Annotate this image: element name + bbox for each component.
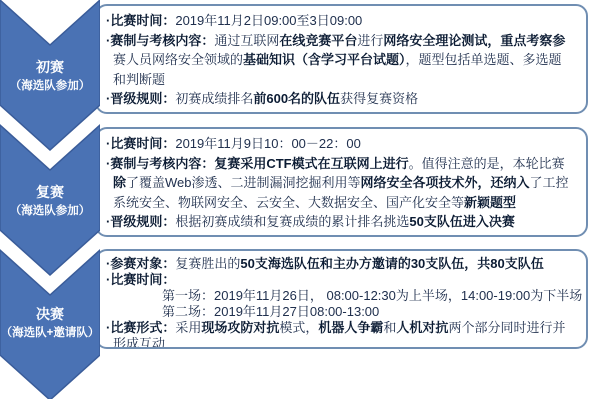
text-line: 除了覆盖Web渗透、二进制漏洞挖掘利用等网络安全各项技术外，还纳入了工控 bbox=[106, 173, 577, 193]
body-text: 了工控 bbox=[530, 175, 569, 190]
body-text: 根据初赛成绩和复赛成绩的累计排名挑选 bbox=[175, 214, 409, 229]
body-text: 第一场：2019年11月26日， 08:00-12:30为上半场，14:00-1… bbox=[162, 288, 582, 303]
text-line: ·赛制与考核内容：通过互联网在线竞赛平台进行网络安全理论测试，重点考察参 bbox=[106, 31, 577, 51]
emphasis-text: ·比赛时间： bbox=[106, 272, 175, 287]
emphasis-text: 50支队伍进入决赛 bbox=[409, 214, 514, 229]
stage-1-details-box: ·比赛时间：2019年11月2日09:00至3日09:00·赛制与考核内容：通过… bbox=[95, 4, 588, 114]
text-line: ·比赛时间：2019年11月2日09:00至3日09:00 bbox=[106, 11, 577, 31]
body-text: 了覆盖Web渗透、二进制漏洞挖掘利用等 bbox=[126, 175, 361, 190]
emphasis-text: ·比赛时间： bbox=[106, 136, 175, 151]
text-line: ·比赛时间：2019年11月9日10：00－22：00 bbox=[106, 134, 577, 154]
text-line: ·赛制与考核内容：复赛采用CTF模式在互联网上进行。值得注意的是，本轮比赛 bbox=[106, 154, 577, 174]
emphasis-text: 基础知识（含学习平台试题） bbox=[243, 52, 406, 67]
text-line: ·比赛时间： bbox=[106, 272, 577, 288]
stage-2-details-box: ·比赛时间：2019年11月9日10：00－22：00·赛制与考核内容：复赛采用… bbox=[95, 127, 588, 237]
chevron-stage-1 bbox=[0, 0, 100, 150]
text-line: 第二场：2019年11月27日08:00-13:00 bbox=[106, 304, 577, 320]
emphasis-text: 前600名的队伍 bbox=[253, 91, 340, 106]
body-text: 进行 bbox=[357, 33, 383, 48]
emphasis-text: ·比赛时间： bbox=[106, 13, 175, 28]
text-line: ·参赛对象：复赛胜出的50支海选队伍和主办方邀请的30支队伍，共80支队伍 bbox=[106, 256, 577, 272]
emphasis-text: ·晋级规则： bbox=[106, 214, 175, 229]
emphasis-text: 网络安全各项技术外，还纳入 bbox=[361, 175, 530, 190]
stage-3-details-box: ·参赛对象：复赛胜出的50支海选队伍和主办方邀请的30支队伍，共80支队伍·比赛… bbox=[95, 249, 588, 349]
emphasis-text: ·比赛形式： bbox=[106, 320, 175, 335]
text-line: ·晋级规则：根据初赛成绩和复赛成绩的累计排名挑选50支队伍进入决赛 bbox=[106, 212, 577, 232]
emphasis-text: 现场攻防对抗 bbox=[201, 320, 279, 335]
emphasis-text: 在线竞赛平台 bbox=[279, 33, 357, 48]
body-text: 初赛成绩排名 bbox=[175, 91, 253, 106]
emphasis-text: 网络安全理论测试，重点考察参 bbox=[383, 33, 565, 48]
body-text: 。值得注意的是，本轮比赛 bbox=[409, 156, 565, 171]
body-text: 2019年11月9日10：00－22：00 bbox=[175, 136, 361, 151]
body-text: 获得复赛资格 bbox=[340, 91, 418, 106]
body-text: ，题型包括单选题、多选题 bbox=[406, 52, 562, 67]
body-text: 采用 bbox=[175, 320, 201, 335]
emphasis-text: ·赛制与考核内容： bbox=[106, 33, 214, 48]
text-line: 和判断题 bbox=[106, 70, 577, 90]
body-text: 第二场：2019年11月27日08:00-13:00 bbox=[162, 304, 379, 319]
emphasis-text: 人机对抗 bbox=[396, 320, 448, 335]
text-line: ·比赛形式：采用现场攻防对抗模式，机器人争霸和人机对抗两个部分同时进行并 bbox=[106, 320, 577, 336]
emphasis-text: 50支海选队伍和主办方邀请的30支队伍，共80支队伍 bbox=[240, 256, 543, 271]
text-line: ·晋级规则：初赛成绩排名前600名的队伍获得复赛资格 bbox=[106, 89, 577, 109]
emphasis-text: ·赛制与考核内容：复赛采用CTF模式在互联网上进行 bbox=[106, 156, 409, 171]
body-text: 和 bbox=[383, 320, 396, 335]
body-text: 2019年11月2日09:00至3日09:00 bbox=[175, 13, 362, 28]
body-text: 赛人员网络安全领域的 bbox=[113, 52, 243, 67]
body-text: 通过互联网 bbox=[214, 33, 279, 48]
text-line: 系统安全、物联网安全、云安全、大数据安全、国产化安全等新颖题型 bbox=[106, 193, 577, 213]
body-text: 两个部分同时进行并 bbox=[448, 320, 565, 335]
text-line: 赛人员网络安全领域的基础知识（含学习平台试题），题型包括单选题、多选题 bbox=[106, 50, 577, 70]
emphasis-text: ·参赛对象： bbox=[106, 256, 175, 271]
emphasis-text: ·晋级规则： bbox=[106, 91, 175, 106]
competition-flow-diagram: 初赛 （海选队参加） 复赛 （海选队参加） 决赛 （海选队+邀请队） ·比赛时间… bbox=[0, 0, 592, 399]
body-text: 模式， bbox=[279, 320, 318, 335]
emphasis-text: 除 bbox=[113, 175, 126, 190]
emphasis-text: 机器人争霸 bbox=[318, 320, 383, 335]
body-text: 系统安全、物联网安全、云安全、大数据安全、国产化安全等 bbox=[113, 195, 464, 210]
text-line: 第一场：2019年11月26日， 08:00-12:30为上半场，14:00-1… bbox=[106, 288, 577, 304]
text-line: 形成互动 bbox=[106, 336, 577, 349]
body-text: 和判断题 bbox=[113, 72, 165, 87]
body-text: 形成互动 bbox=[113, 336, 165, 349]
stage-arrows bbox=[0, 0, 100, 399]
body-text: 复赛胜出的 bbox=[175, 256, 240, 271]
emphasis-text: 新颖题型 bbox=[464, 195, 516, 210]
